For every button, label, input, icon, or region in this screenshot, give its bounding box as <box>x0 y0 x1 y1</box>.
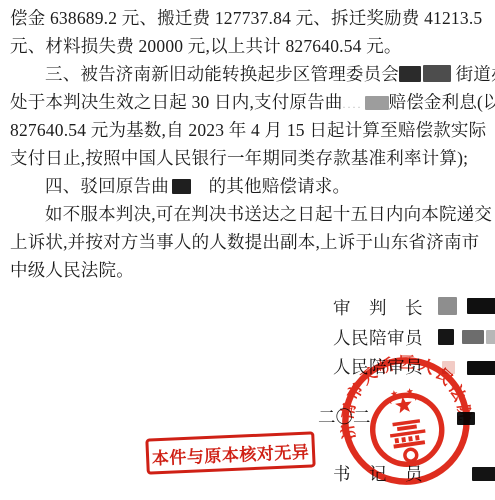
judgment-page: 偿金 638689.2 元、搬迁费 127737.84 元、拆迁奖励费 4121… <box>0 0 495 500</box>
redaction-block <box>365 96 389 110</box>
verification-stamp: 本件与原本核对无异 <box>145 431 315 474</box>
judgment-text-line: 827640.54 元为基数,自 2023 年 4 月 15 日起计算至赔偿款实… <box>10 116 488 144</box>
judgment-text-line: 支付日止,按照中国人民银行一年期同类存款基准利率计算); <box>10 144 488 172</box>
text-segment: 处于本判决生效之日起 30 日内,支付原告曲 <box>10 92 343 112</box>
judgment-text-line: 如不服本判决,可在判决书送达之日起十五日内向本院递交 <box>10 200 488 228</box>
judgment-text-line: 上诉状,并按对方当事人的人数提出副本,上诉于山东省济南市 <box>10 228 488 256</box>
verification-stamp-text: 本件与原本核对无异 <box>151 437 309 469</box>
redaction-block <box>467 298 495 314</box>
presiding-judge-row: 审 判 长 <box>333 297 495 319</box>
judgment-text-line: 元、材料损失费 20000 元,以上共计 827640.54 元。 <box>10 32 488 60</box>
redaction-remnant: .... <box>343 97 363 111</box>
redaction-block <box>423 65 451 82</box>
judgment-text-line: 偿金 638689.2 元、搬迁费 127737.84 元、拆迁奖励费 4121… <box>10 4 488 32</box>
redaction-block <box>172 179 191 194</box>
signature-role-label: 审 判 长 <box>333 298 423 318</box>
text-segment: 上诉状,并按对方当事人的人数提出副本,上诉于山东省济南市 <box>10 232 479 252</box>
redaction-block <box>438 297 457 315</box>
judgment-text-line: 三、被告济南新旧动能转换起步区管理委员会 街道办事 <box>10 60 488 88</box>
judgment-text-line: 处于本判决生效之日起 30 日内,支付原告曲....赔偿金利息(以 <box>10 88 488 116</box>
seal-court-name: 济南市天桥区人民法院 <box>329 343 475 441</box>
redaction-block <box>467 361 495 375</box>
text-segment: 支付日止,按照中国人民银行一年期同类存款基准利率计算); <box>10 148 468 168</box>
court-seal: 济南市天桥区人民法院 <box>328 343 484 499</box>
national-emblem-icon <box>367 384 446 468</box>
redaction-block <box>486 330 495 344</box>
redacted-name <box>430 297 495 315</box>
text-segment: 如不服本判决,可在判决书送达之日起十五日内向本院递交 <box>45 204 492 224</box>
redaction-block <box>438 329 454 345</box>
text-segment: 赔偿金利息(以 <box>389 92 495 112</box>
judgment-body: 偿金 638689.2 元、搬迁费 127737.84 元、拆迁奖励费 4121… <box>10 4 488 284</box>
signature-role-label: 人民陪审员 <box>333 328 423 348</box>
text-segment: 的其他赔偿请求。 <box>191 176 350 196</box>
text-segment: 中级人民法院。 <box>10 260 134 280</box>
text-segment: 827640.54 元为基数,自 2023 年 4 月 15 日起计算至赔偿款实… <box>10 120 486 140</box>
judgment-text-line: 中级人民法院。 <box>10 256 488 284</box>
judgment-text-line: 四、驳回原告曲 的其他赔偿请求。 <box>10 172 488 200</box>
peoples-assessor-row-1: 人民陪审员 <box>333 327 495 349</box>
text-segment: 元、材料损失费 20000 元,以上共计 827640.54 元。 <box>10 36 402 56</box>
text-segment: 偿金 638689.2 元、搬迁费 127737.84 元、拆迁奖励费 4121… <box>10 8 482 28</box>
redaction-block <box>399 66 421 82</box>
text-segment: 街道办事 <box>451 64 495 84</box>
redaction-block <box>462 330 484 344</box>
text-segment: 三、被告济南新旧动能转换起步区管理委员会 <box>45 64 399 84</box>
text-segment: 四、驳回原告曲 <box>45 176 169 196</box>
